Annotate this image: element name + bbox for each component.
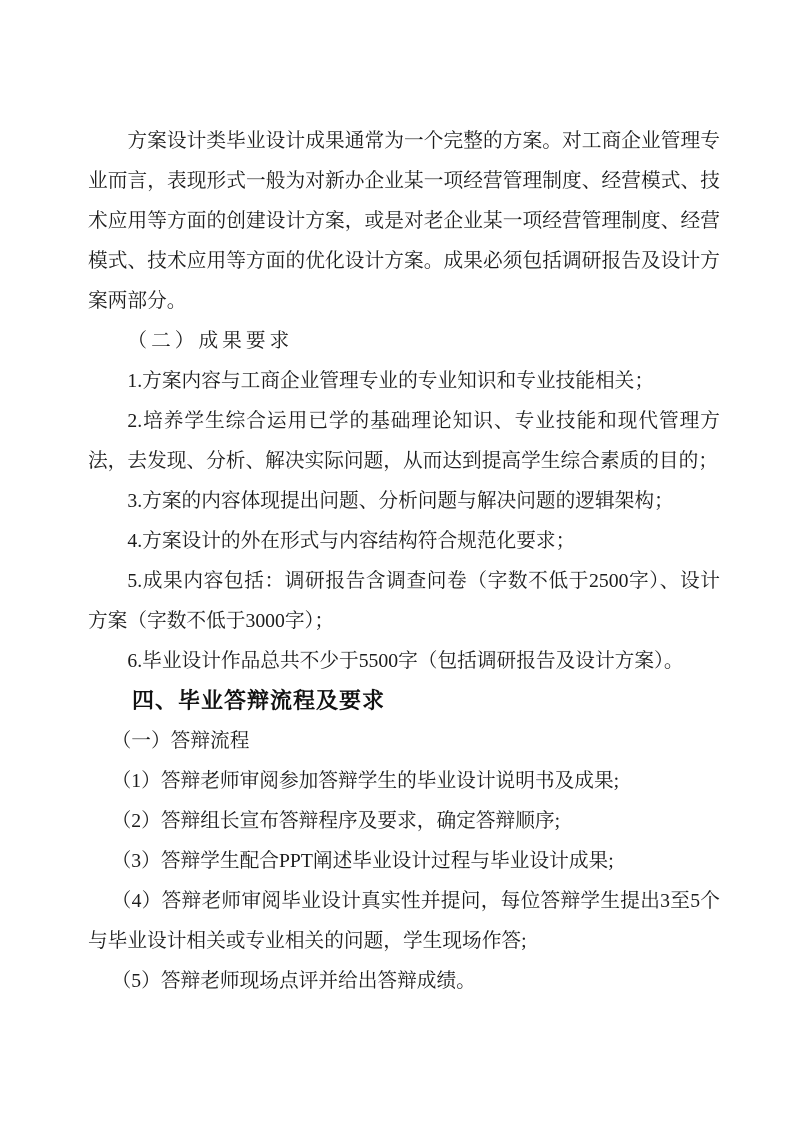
defense-step-1: （1）答辩老师审阅参加答辩学生的毕业设计说明书及成果; — [88, 761, 720, 801]
defense-step-3: （3）答辩学生配合PPT阐述毕业设计过程与毕业设计成果; — [88, 841, 720, 881]
document-page: 方案设计类毕业设计成果通常为一个完整的方案。对工商企业管理专业而言，表现形式一般… — [0, 0, 793, 1122]
requirement-item-2: 2.培养学生综合运用已学的基础理论知识、专业技能和现代管理方法，去发现、分析、解… — [88, 401, 720, 481]
paragraph-design-scheme-intro: 方案设计类毕业设计成果通常为一个完整的方案。对工商企业管理专业而言，表现形式一般… — [88, 121, 720, 321]
requirement-item-3: 3.方案的内容体现提出问题、分析问题与解决问题的逻辑架构； — [88, 481, 720, 521]
section-heading-defense-process: 四、毕业答辩流程及要求 — [88, 681, 720, 721]
document-content: 方案设计类毕业设计成果通常为一个完整的方案。对工商企业管理专业而言，表现形式一般… — [88, 121, 720, 1001]
subheading-defense-flow: （一）答辩流程 — [88, 721, 720, 761]
defense-step-5: （5）答辩老师现场点评并给出答辩成绩。 — [88, 961, 720, 1001]
subheading-results-requirements: （二）成果要求 — [88, 321, 720, 361]
requirement-item-4: 4.方案设计的外在形式与内容结构符合规范化要求； — [88, 521, 720, 561]
requirement-item-1: 1.方案内容与工商企业管理专业的专业知识和专业技能相关； — [88, 361, 720, 401]
requirement-item-6: 6.毕业设计作品总共不少于5500字（包括调研报告及设计方案）。 — [88, 641, 720, 681]
defense-step-4: （4）答辩老师审阅毕业设计真实性并提问，每位答辩学生提出3至5个与毕业设计相关或… — [88, 881, 720, 961]
defense-step-2: （2）答辩组长宣布答辩程序及要求，确定答辩顺序; — [88, 801, 720, 841]
requirement-item-5: 5.成果内容包括：调研报告含调查问卷（字数不低于2500字）、设计方案（字数不低… — [88, 561, 720, 641]
